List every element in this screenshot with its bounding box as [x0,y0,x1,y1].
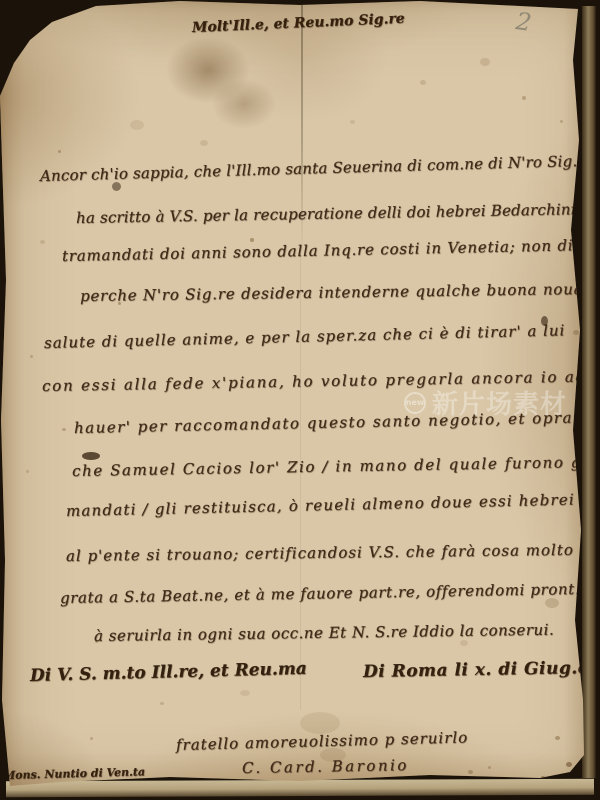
stain-spot [160,702,164,705]
stain-spot [200,140,208,146]
manuscript-line: tramandati doi anni sono dalla Inq.re co… [62,236,600,265]
manuscript-line: grata a S.ta Beat.ne, et à me fauore par… [60,579,600,607]
manuscript-line: mandati / gli restituisca, ò reueli alme… [66,490,575,520]
stain-spot [58,150,61,153]
stain-spot [40,240,45,244]
manuscript-line: Ancor ch'io sappia, che l'Ill.mo santa S… [40,152,594,185]
stain-spot [112,182,121,191]
underlying-page-edge-right [582,6,596,778]
stain-spot [488,766,491,769]
underlying-page-edge-bottom [6,779,594,798]
stain-spot [300,712,340,734]
manuscript-line: hauer' per raccomandato questo santo neg… [74,408,592,437]
closing-salutation: Di V. S. m.to Ill.re, et Reu.ma [30,659,307,686]
stain-spot [460,640,468,646]
pencil-page-number: 2 [514,7,533,37]
manuscript-photo: Molt'Ill.e, et Reu.mo Sig.re Ancor ch'io… [0,0,600,800]
stain-spot [480,58,490,66]
stain-spot [82,452,100,460]
stain-spot [350,120,355,124]
signature-flourish: fratello amoreuolissimo p seruirlo [176,728,469,754]
stain-spot [560,120,563,123]
stain-spot [573,330,579,335]
docket-note: Mons. Nuntio di Ven.ta [3,765,145,782]
stain-spot [420,80,426,85]
signature-name: C. Card. Baronio [242,756,409,777]
manuscript-line: à seruirla in ogni sua occ.ne Et N. S.re… [94,621,554,645]
stain-spot [545,598,559,608]
manuscript-line: al p'ente si trouano; certificandosi V.S… [66,541,574,565]
stain-spot [90,737,93,740]
dateline: Di Roma li x. di Giug.o 99. [363,657,600,682]
stain-spot [468,770,473,774]
stain-spot [130,120,144,130]
manuscript-line: con essi alla fede x'piana, ho voluto pr… [42,367,587,395]
letter-paper: Molt'Ill.e, et Reu.mo Sig.re Ancor ch'io… [0,0,600,800]
stain-spot [26,470,29,473]
manuscript-line: salute di quelle anime, e per la sper.za… [44,321,566,352]
manuscript-line: ha scritto à V.S. per la recuperatione d… [76,200,576,227]
stain-spot [240,690,250,696]
stain-spot [30,355,33,358]
stain-spot [250,238,254,242]
stain-spot [566,762,572,767]
stain-spot [555,736,560,740]
salutation-line: Molt'Ill.e, et Reu.mo Sig.re [192,11,405,36]
manuscript-line: che Samuel Cacios lor' Zio / in mano del… [72,453,599,480]
stain-spot [62,428,66,431]
stain-spot [522,96,526,100]
manuscript-line: perche N'ro Sig.re desidera intenderne q… [80,280,600,305]
